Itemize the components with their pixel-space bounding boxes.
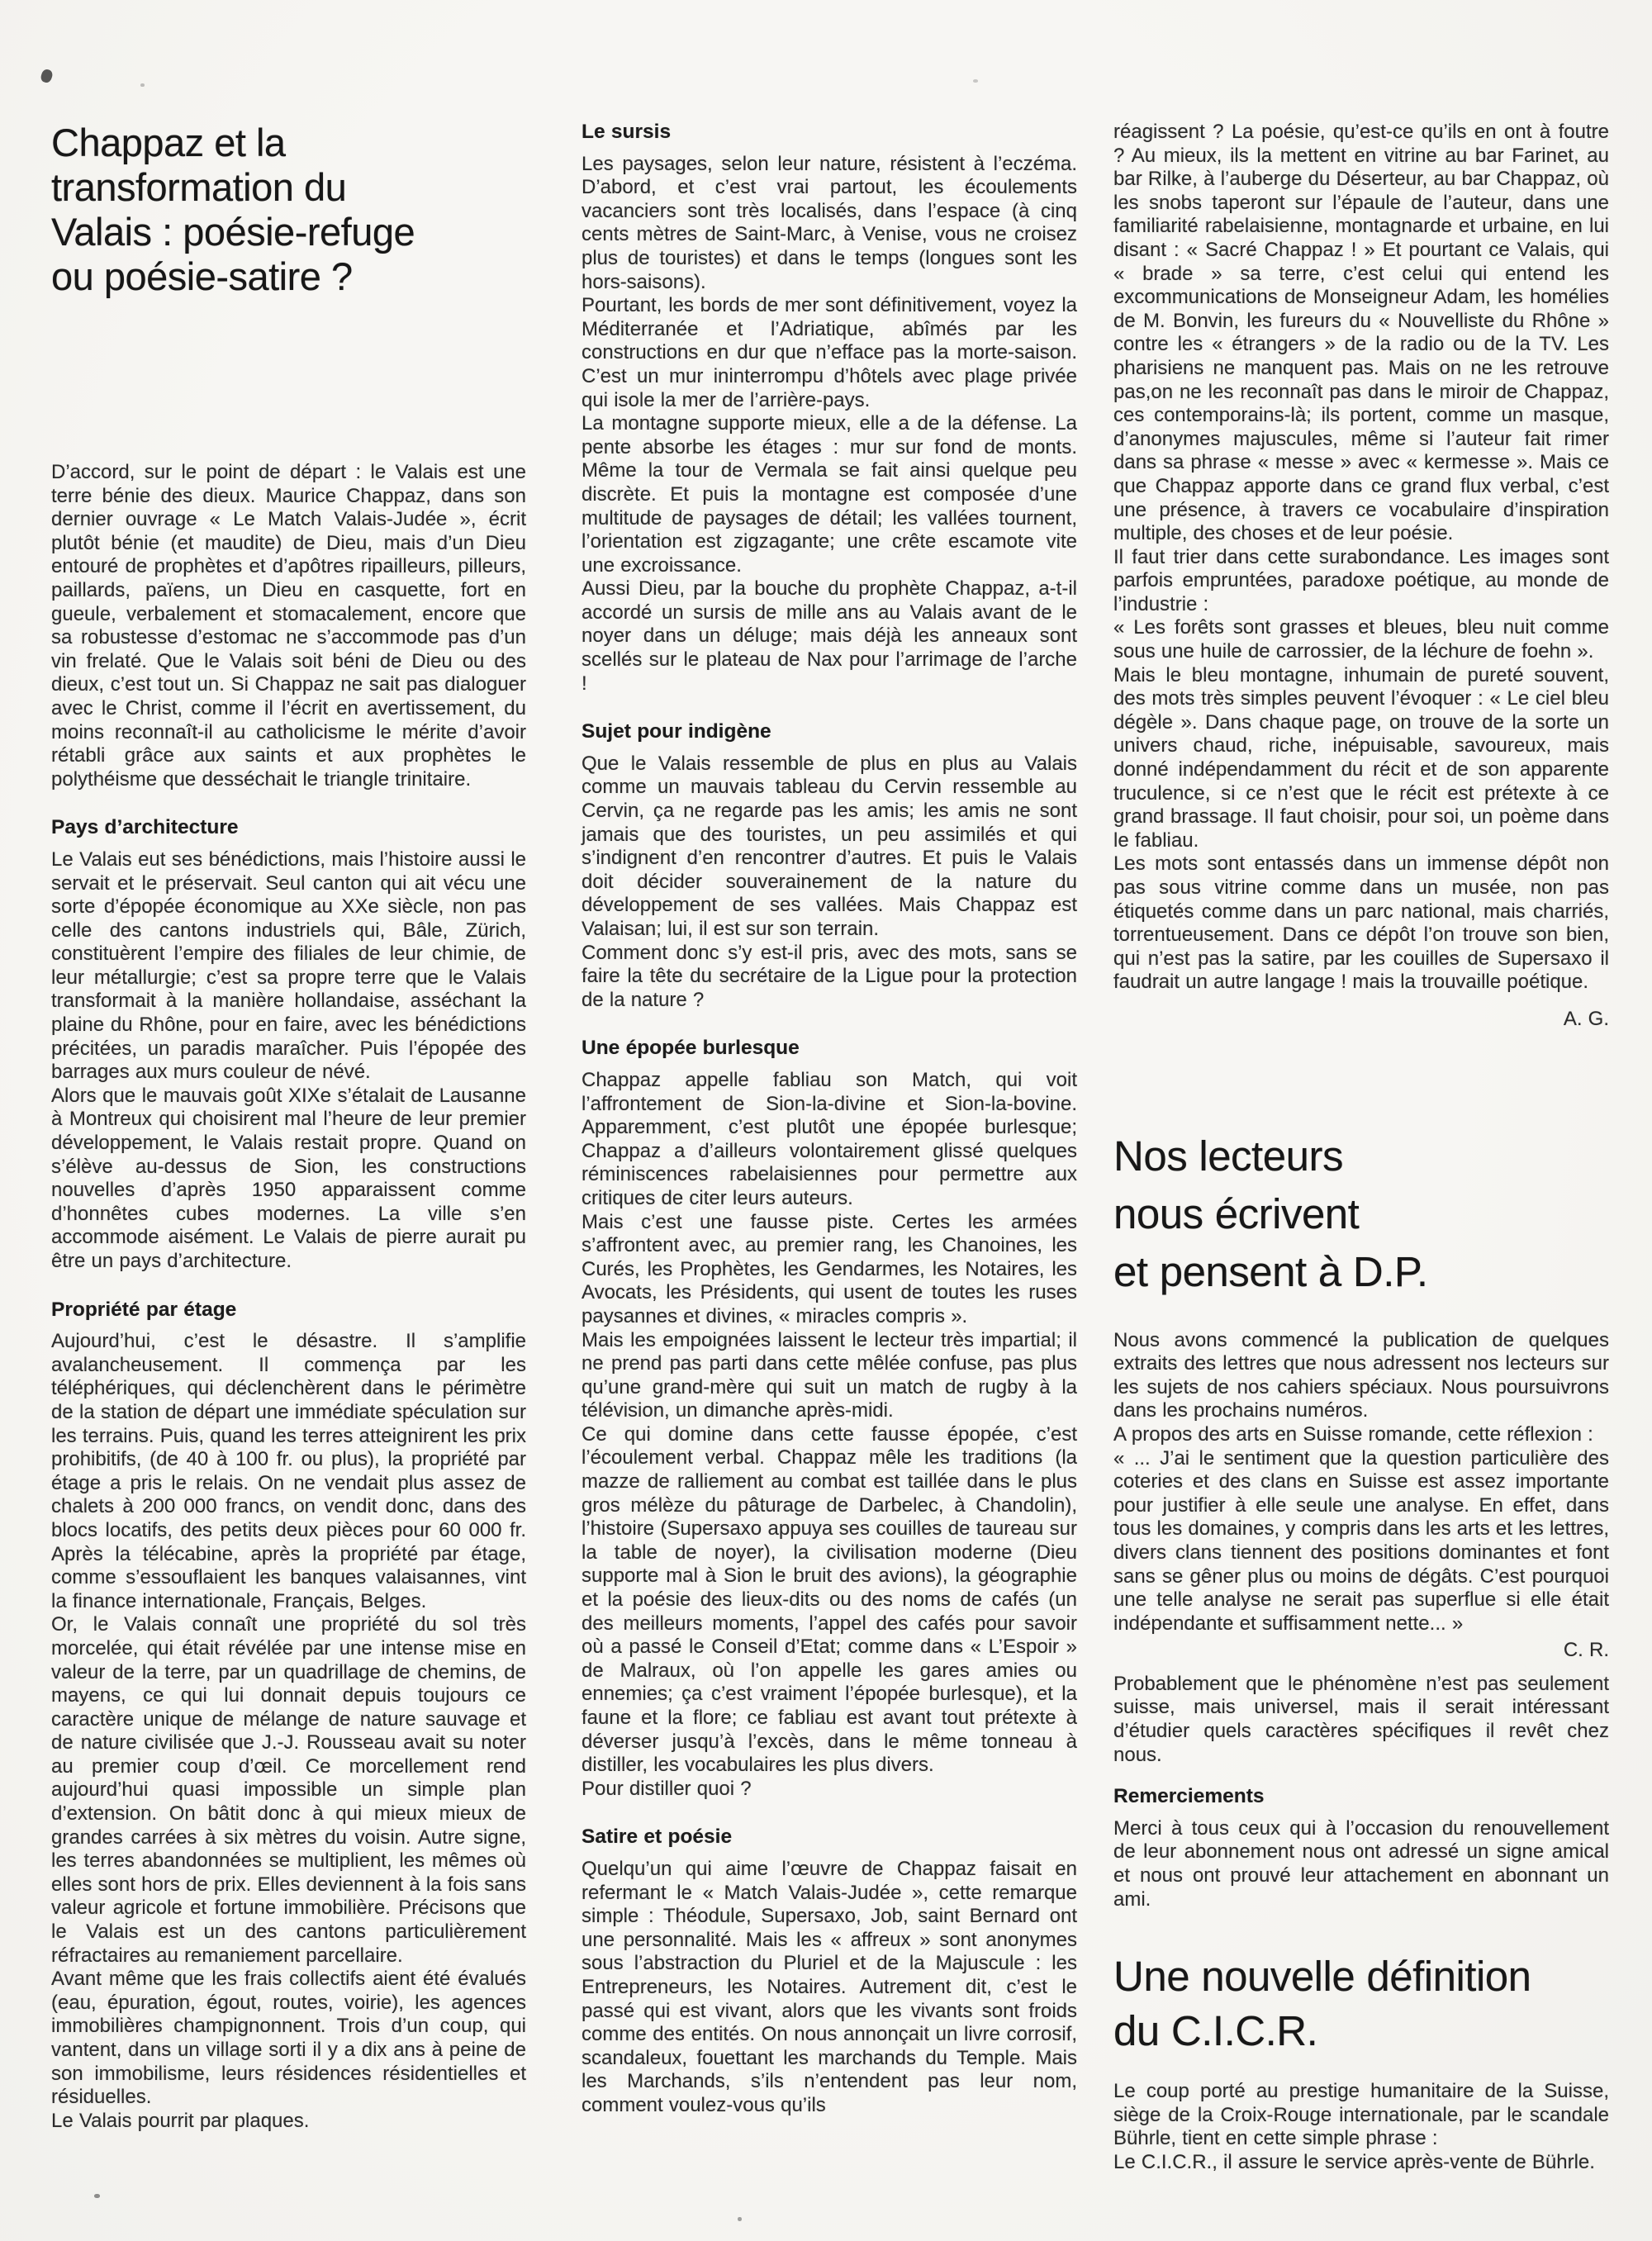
paragraph: « ... J’ai le sentiment que la question … — [1113, 1447, 1609, 1636]
paragraph: A propos des arts en Suisse romande, cet… — [1113, 1423, 1609, 1447]
section-heading-remerciements: Remerciements — [1113, 1785, 1609, 1809]
paragraph: Or, le Valais connaît une propriété du s… — [51, 1613, 526, 1968]
paragraph: Le Valais pourrit par plaques. — [51, 2110, 526, 2134]
article1-title: Chappaz et la transformation du Valais :… — [51, 121, 547, 299]
ink-speck-artifact — [973, 79, 978, 83]
section-heading-une-epopee-burlesque: Une épopée burlesque — [582, 1037, 1077, 1061]
article3-title: Une nouvelle définition du C.I.C.R. — [1113, 1949, 1609, 2058]
section-heading-le-sursis: Le sursis — [582, 121, 1077, 145]
column-1: D’accord, sur le point de départ : le Va… — [51, 461, 526, 2133]
paragraph: « Les forêts sont grasses et bleues, ble… — [1113, 616, 1609, 663]
article1-title-line: Chappaz et la — [51, 121, 547, 165]
article2-title-line: nous écrivent — [1113, 1185, 1609, 1243]
paragraph: Il faut trier dans cette surabondance. L… — [1113, 546, 1609, 617]
paragraph: Mais le bleu montagne, inhumain de puret… — [1113, 664, 1609, 853]
paragraph: Que le Valais ressemble de plus en plus … — [582, 753, 1077, 942]
section-heading-sujet-pour-indigene: Sujet pour indigène — [582, 720, 1077, 744]
article2-signature: C. R. — [1113, 1639, 1609, 1663]
paragraph: Le C.I.C.R., il assure le service après-… — [1113, 2151, 1609, 2175]
paragraph: Chappaz appelle fabliau son Match, qui v… — [582, 1069, 1077, 1211]
paragraph: Mais c’est une fausse piste. Certes les … — [582, 1211, 1077, 1329]
paragraph: Mais les empoignées laissent le lecteur … — [582, 1329, 1077, 1423]
ink-speck-artifact — [738, 2217, 742, 2221]
paragraph: Le coup porté au prestige humanitaire de… — [1113, 2080, 1609, 2151]
article1-signature: A. G. — [1113, 1008, 1609, 1032]
paragraph: Probablement que le phénomène n’est pas … — [1113, 1673, 1609, 1767]
paragraph: réagissent ? La poésie, qu’est-ce qu’ils… — [1113, 121, 1609, 546]
paragraph: Aussi Dieu, par la bouche du prophète Ch… — [582, 577, 1077, 696]
ink-blob-artifact — [40, 68, 54, 83]
article2-title-line: et pensent à D.P. — [1113, 1243, 1609, 1301]
article2-title-line: Nos lecteurs — [1113, 1128, 1609, 1185]
article1-title-line: Valais : poésie-refuge — [51, 210, 547, 254]
paragraph: Ce qui domine dans cette fausse épopée, … — [582, 1423, 1077, 1778]
section-heading-propriete-par-etage: Propriété par étage — [51, 1299, 526, 1322]
paragraph: Alors que le mauvais goût XIXe s’étalait… — [51, 1085, 526, 1274]
article3-title-line: du C.I.C.R. — [1113, 2004, 1609, 2058]
paragraph: Les paysages, selon leur nature, résiste… — [582, 153, 1077, 295]
paragraph: Merci à tous ceux qui à l’occasion du re… — [1113, 1817, 1609, 1911]
article1-title-line: ou poésie-satire ? — [51, 254, 547, 299]
column-3: réagissent ? La poésie, qu’est-ce qu’ils… — [1113, 121, 1609, 2175]
article3-title-line: Une nouvelle définition — [1113, 1949, 1609, 2004]
paragraph: Pourtant, les bords de mer sont définiti… — [582, 294, 1077, 412]
paragraph: Le Valais eut ses bénédictions, mais l’h… — [51, 848, 526, 1085]
paragraph: Quelqu’un qui aime l’œuvre de Chappaz fa… — [582, 1858, 1077, 2118]
article2-title: Nos lecteurs nous écrivent et pensent à … — [1113, 1128, 1609, 1301]
paragraph: Nous avons commencé la publication de qu… — [1113, 1329, 1609, 1423]
paragraph: Les mots sont entassés dans un immense d… — [1113, 852, 1609, 995]
paragraph: D’accord, sur le point de départ : le Va… — [51, 461, 526, 791]
section-heading-satire-et-poesie: Satire et poésie — [582, 1826, 1077, 1849]
paragraph: Comment donc s’y est-il pris, avec des m… — [582, 942, 1077, 1013]
ink-speck-artifact — [94, 2194, 100, 2198]
article1-title-line: transformation du — [51, 165, 547, 210]
ink-speck-artifact — [140, 83, 145, 87]
column-2: Le sursis Les paysages, selon leur natur… — [582, 121, 1077, 2118]
section-heading-pays-architecture: Pays d’architecture — [51, 816, 526, 840]
paragraph: Pour distiller quoi ? — [582, 1778, 1077, 1802]
paragraph: La montagne supporte mieux, elle a de la… — [582, 412, 1077, 577]
paragraph: Aujourd’hui, c’est le désastre. Il s’amp… — [51, 1330, 526, 1613]
paragraph: Avant même que les frais collectifs aien… — [51, 1968, 526, 2110]
newspaper-page: Chappaz et la transformation du Valais :… — [0, 0, 1652, 2241]
